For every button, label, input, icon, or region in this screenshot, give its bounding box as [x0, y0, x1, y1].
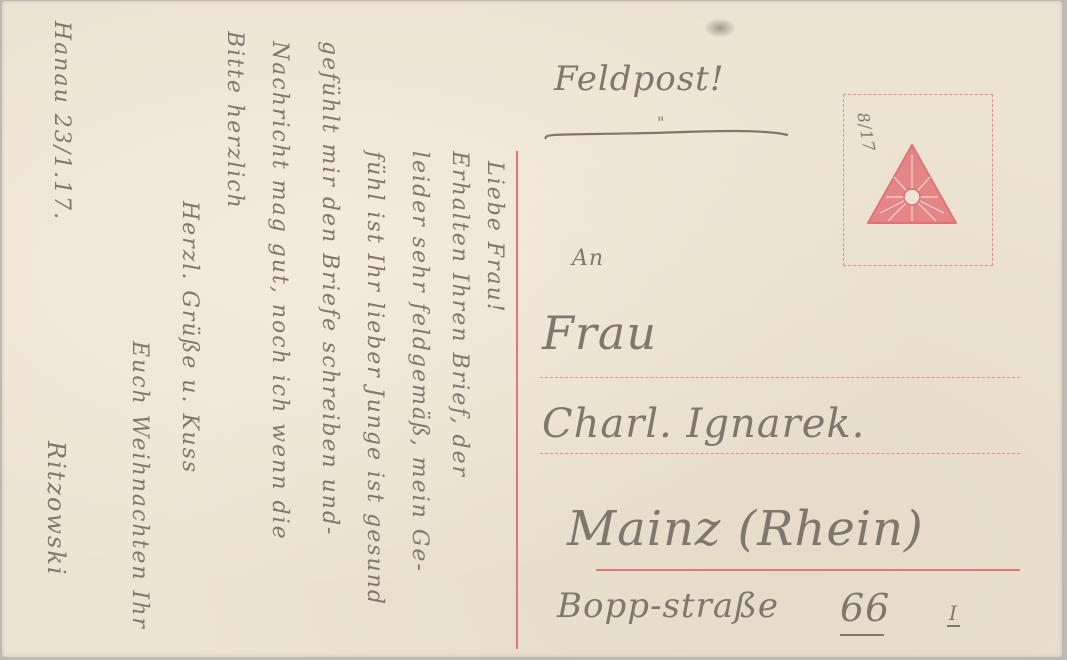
- address-line-1: [540, 377, 1020, 378]
- feldpost-underline-swash: [542, 125, 792, 143]
- message-line: Bitte herzlich: [222, 31, 247, 210]
- address-prefix: An: [572, 246, 604, 271]
- message-line: fühl ist Ihr lieber Junge ist gesund: [362, 151, 387, 606]
- floor-number: I: [947, 601, 960, 627]
- center-divider-line: [516, 151, 518, 649]
- ink-smudge: [705, 19, 735, 37]
- message-line: Liebe Frau!: [482, 161, 507, 314]
- recipient-name: Charl. Ignarek.: [542, 401, 865, 447]
- message-line: Euch Weihnachten Ihr: [127, 341, 152, 630]
- feldpost-label: Feldpost!: [554, 59, 725, 99]
- house-number-underline: [840, 634, 884, 636]
- message-line: Erhalten Ihren Brief, der: [447, 151, 472, 478]
- stamp-box: 8/17: [843, 94, 993, 266]
- message-line: leider sehr feldgemäß, mein Ge-: [407, 151, 432, 573]
- postcard: Liebe Frau! Erhalten Ihren Brief, der le…: [2, 1, 1062, 657]
- message-line: Herzl. Grüße u. Kuss: [177, 201, 202, 474]
- house-number: 66: [840, 586, 890, 630]
- signature: Ritzowski: [42, 441, 70, 577]
- triangle-sunburst-stamp-icon: [864, 141, 960, 229]
- recipient-street: Bopp-straße: [557, 586, 779, 626]
- message-line: gefühlt mir den Briefe schreiben und-: [317, 41, 342, 537]
- message-line: Nachricht mag gut, noch ich wenn die: [267, 41, 292, 541]
- address-line-2: [540, 453, 1020, 454]
- feldpost-mark: ": [657, 113, 665, 132]
- date-line: Hanau 23/1.17.: [49, 21, 74, 221]
- recipient-title: Frau: [542, 306, 657, 360]
- recipient-city: Mainz (Rhein): [567, 501, 924, 557]
- address-line-3: [596, 569, 1020, 571]
